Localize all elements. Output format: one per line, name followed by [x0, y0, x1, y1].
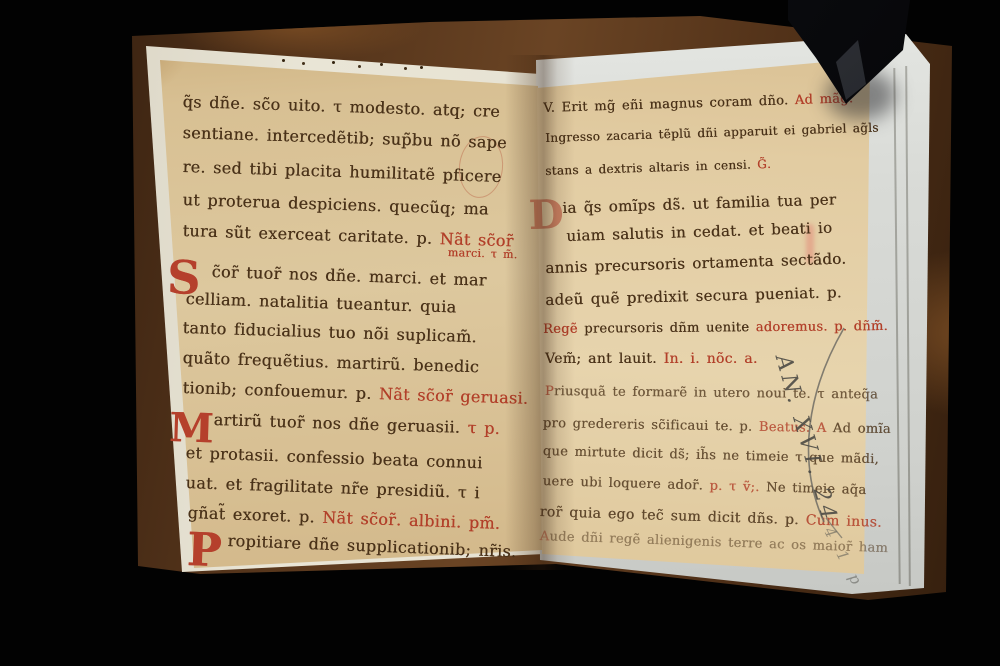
- text-segment: P: [545, 384, 554, 399]
- illuminated-initial: P: [186, 522, 223, 577]
- text-segment: G̃.: [757, 157, 771, 171]
- manuscript-line: marci. τ m̃.: [448, 246, 518, 261]
- text-segment: Regẽ: [543, 322, 584, 337]
- text-segment: τ p.: [467, 418, 500, 438]
- manuscript-line: Vem̃; ant lauit. In. i. nõc. a.: [545, 351, 758, 367]
- photo-stage: q̃s dñe. sc̃o uito. τ modesto. atq; cres…: [0, 0, 1000, 666]
- text-segment: marci. τ m̃.: [448, 246, 518, 261]
- text-segment: p. τ ṽ;.: [709, 479, 766, 496]
- wormhole-dots: [282, 59, 285, 62]
- text-segment: A: [539, 529, 549, 544]
- illuminated-initial: D: [528, 191, 564, 239]
- text-segment: Vem̃; ant lauit.: [545, 351, 664, 367]
- text-segment: In. i. nõc. a.: [664, 351, 758, 367]
- text-segment: precursoris dñm uenite: [584, 320, 756, 336]
